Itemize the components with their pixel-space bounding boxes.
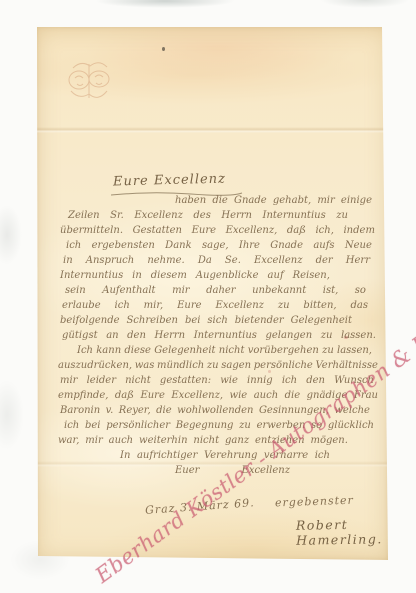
fold-crease xyxy=(37,127,388,133)
scan-smudge xyxy=(0,380,24,450)
scan-smudge xyxy=(95,0,235,8)
letter-line: IchkanndieseGelegenheitnichtvorübergehen… xyxy=(77,343,372,358)
letter-line: mirleidernichtgestatten:wieinnigichdenWu… xyxy=(60,373,374,388)
embossed-crest xyxy=(63,58,115,106)
letter-line: ichbeipersönlicherBegegnungzuerwerbensog… xyxy=(64,418,374,433)
letter-line: InternuntiusindiesemAugenblickeaufReisen… xyxy=(60,268,330,283)
letter-line: ZeilenSr.ExcellenzdesHerrnInternuntiuszu xyxy=(68,208,348,223)
letter-line: empfinde,daßEureExcellenz,wieauchdiegnäd… xyxy=(58,388,378,403)
letter-line: ichergebenstenDanksage,IhreGnadeaufsNeue xyxy=(66,238,372,253)
letter-line: übermitteln.GestattenEureExcellenz,daßic… xyxy=(60,223,375,238)
scan-smudge xyxy=(320,0,410,8)
letter-body: habendieGnadegehabt,mireinigeZeilenSr.Ex… xyxy=(58,193,378,478)
letter-line: auszudrücken,wasmündlichzusagenpersönlic… xyxy=(58,358,378,373)
valediction: ergebenster xyxy=(275,494,354,510)
place-date: Graz 3. März 69. xyxy=(145,496,255,517)
letter-line: EuerExcellenz xyxy=(175,463,290,478)
ink-speck xyxy=(162,47,165,51)
signature: Robert Hamerling. xyxy=(296,516,389,548)
letter-paper: Eure Excellenz habendieGnadegehabt,mirei… xyxy=(37,27,388,560)
letter-line: war,mirauchweiterhinnichtganzentziehenmö… xyxy=(58,433,348,448)
letter-line: inAnspruchnehme.DaSe.ExcellenzderHerr xyxy=(63,253,370,268)
letter-line: InaufrichtigerVerehrungverharreich xyxy=(120,448,330,463)
letter-line: beifolgendeSchreibenbeisichbietenderGele… xyxy=(60,313,352,328)
scan-smudge xyxy=(0,205,22,265)
letter-line: habendieGnadegehabt,mireinige xyxy=(175,193,372,208)
letter-line: seinAufenthaltmirdaherunbekanntist,so xyxy=(65,283,366,298)
letter-line: erlaubeichmir,EureExcellenzzubitten,das xyxy=(62,298,368,313)
scanned-letter-page: { "scan": { "background_color": "#fbfbf9… xyxy=(0,0,416,593)
letter-line: gütigstandenHerrnInternuntiusgelangenzul… xyxy=(62,328,376,343)
salutation: Eure Excellenz xyxy=(113,172,226,190)
letter-line: Baroninv.Reyer,diewohlwollendenGesinnung… xyxy=(60,403,370,418)
